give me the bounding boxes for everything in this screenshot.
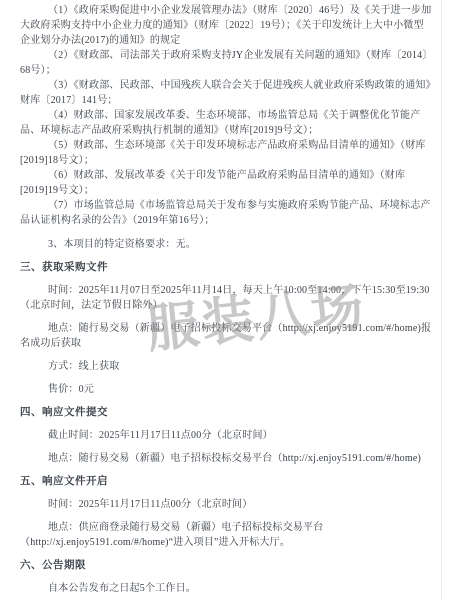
section-heading-response-submission: 四、响应文件提交 — [20, 405, 432, 420]
obtain-time: 时间：2025年11月07日至2025年11月14日，每天上午10:00至14:… — [20, 283, 432, 313]
obtain-method: 方式：线上获取 — [20, 359, 432, 374]
submission-deadline: 截止时间：2025年11月17日11点00分（北京时间） — [20, 428, 432, 443]
legal-item-4: （4）财政部、国家发展改革委、生态环境部、市场监管总局《关于调整优化节能产品、环… — [20, 108, 432, 138]
announcement-period-text: 自本公告发布之日起5个工作日。 — [20, 581, 432, 596]
legal-item-2: （2）《财政部、司法部关于政府采购支持JY企业发展有关问题的通知》（财库〔201… — [20, 48, 432, 78]
opening-time: 时间：2025年11月17日11点00分（北京时间） — [20, 497, 432, 512]
legal-item-7: （7）市场监管总局《市场监管总局关于发布参与实施政府采购节能产品、环境标志产品认… — [20, 198, 432, 228]
obtain-price: 售价：0元 — [20, 382, 432, 397]
legal-item-5: （5）财政部、生态环境部《关于印发环境标志产品政府采购品目清单的通知》（财库[2… — [20, 138, 432, 168]
section-heading-response-opening: 五、响应文件开启 — [20, 474, 432, 489]
legal-item-1: （1）《政府采购促进中小企业发展管理办法》（财库〔2020〕46号）及《关于进一… — [20, 3, 432, 48]
procurement-notice-page: （1）《政府采购促进中小企业发展管理办法》（财库〔2020〕46号）及《关于进一… — [0, 0, 450, 600]
page-edge-line — [441, 0, 442, 600]
submission-location: 地点：随行易交易（新疆）电子招标投标交易平台（http://xj.enjoy51… — [20, 451, 432, 466]
opening-location: 地点：供应商登录随行易交易（新疆）电子招标投标交易平台（http://xj.en… — [20, 520, 432, 550]
section-heading-obtain-documents: 三、获取采购文件 — [20, 260, 432, 275]
legal-item-3: （3）《财政部、民政部、中国残疾人联合会关于促进残疾人就业政府采购政策的通知》财… — [20, 78, 432, 108]
document-body: （1）《政府采购促进中小企业发展管理办法》（财库〔2020〕46号）及《关于进一… — [0, 0, 450, 600]
section-heading-announcement-period: 六、公告期限 — [20, 558, 432, 573]
legal-item-6: （6）财政部、发展改革委《关于印发节能产品政府采购品目清单的通知》（财库[201… — [20, 168, 432, 198]
qualification-note: 3、本项目的特定资格要求：无。 — [20, 237, 432, 252]
obtain-location: 地点：随行易交易（新疆）电子招标投标交易平台（http://xj.enjoy51… — [20, 321, 432, 351]
